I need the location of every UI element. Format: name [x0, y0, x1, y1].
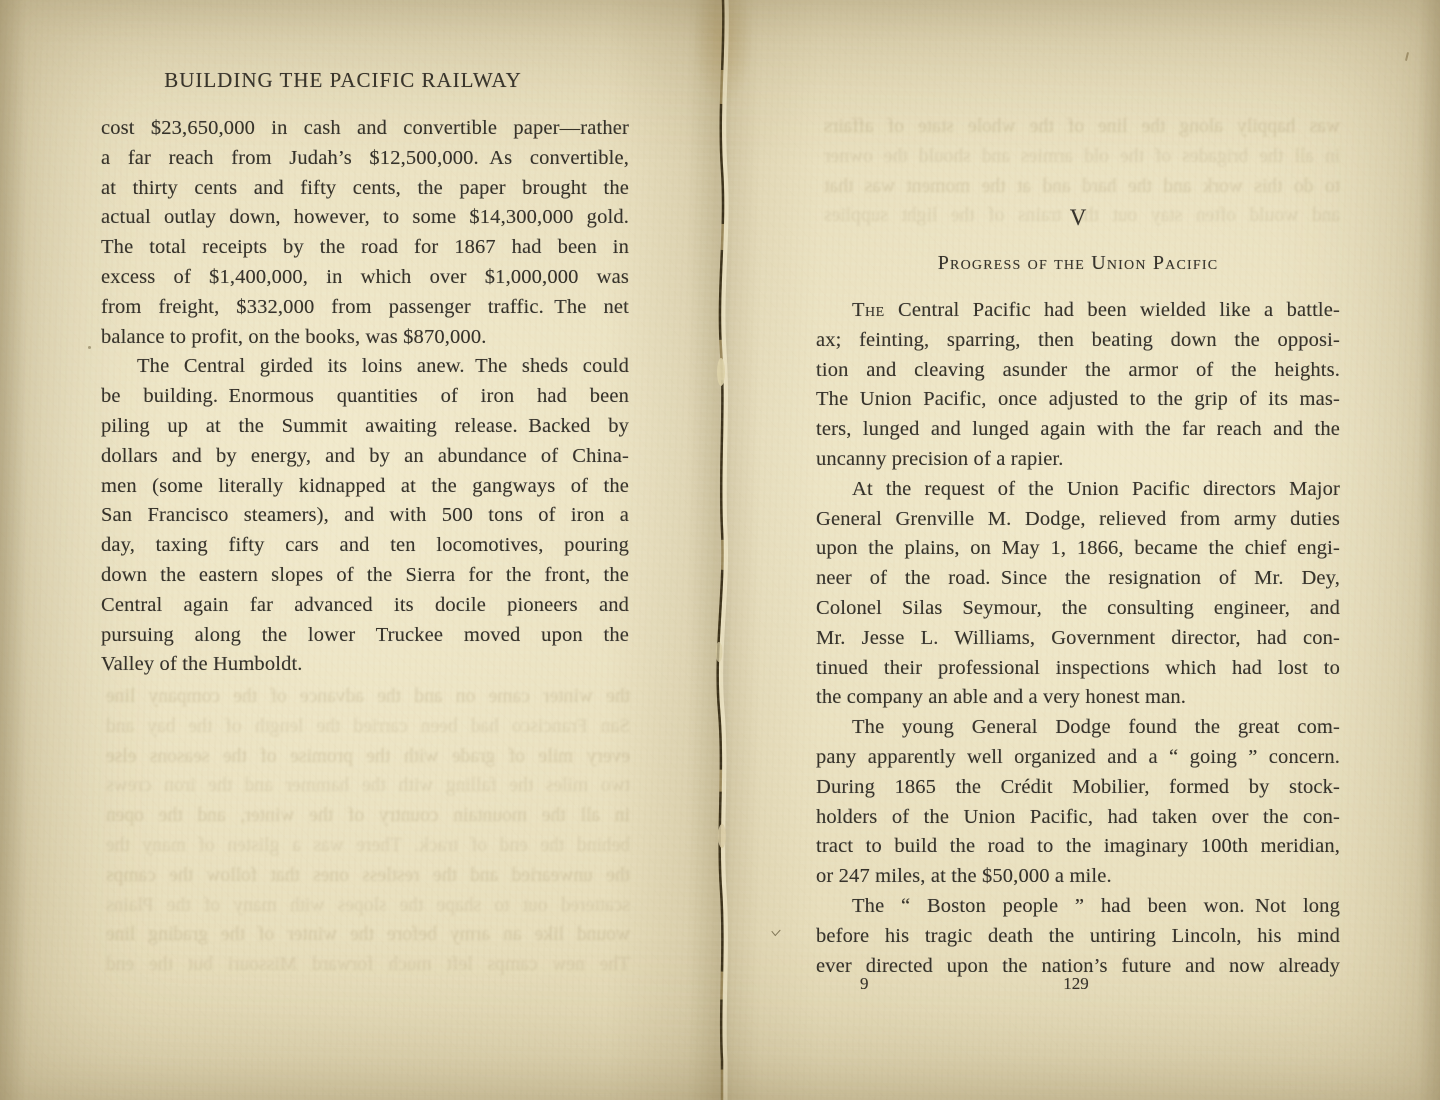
text-line: General Grenville M. Dodge, relieved fro… [816, 505, 1340, 535]
text-line: neer of the road. Since the resignation … [816, 564, 1340, 594]
ghost-text-line: to do this work and the hard and at the … [824, 172, 1340, 202]
page-edge-shade [1418, 0, 1440, 1100]
left-page-body: cost $23,650,000 in cash and convertible… [101, 114, 629, 680]
text-line: At the request of the Union Pacific dire… [816, 475, 1340, 505]
text-line: uncanny precision of a rapier. [816, 445, 1340, 475]
chapter-title: Progress of the Union Pacific [816, 252, 1340, 275]
text-line: actual outlay down, however, to some $14… [101, 203, 629, 233]
spine-crack [692, 0, 752, 1100]
ghost-text-line: behind the end of track. There was a gli… [106, 831, 630, 861]
text-line: holders of the Union Pacific, had taken … [816, 803, 1340, 833]
text-line: The young General Dodge found the great … [816, 713, 1340, 743]
text-line: tract to build the road to the imaginary… [816, 832, 1340, 862]
text-line: the company an able and a very honest ma… [816, 683, 1340, 713]
text-line: dollars and by energy, and by an abundan… [101, 442, 629, 472]
text-line: excess of $1,400,000, in which over $1,0… [101, 263, 629, 293]
ghost-text-line: The new camps left much forward Missouri… [106, 950, 630, 980]
ghost-text-line: in all the mountain country of the winte… [106, 801, 630, 831]
ghost-text-line: the winter came on and the advance of th… [106, 682, 630, 712]
text-line: The total receipts by the road for 1867 … [101, 233, 629, 263]
text-line: down the eastern slopes of the Sierra fo… [101, 561, 629, 591]
text-line: Valley of the Humboldt. [101, 650, 629, 680]
text-line: piling up at the Summit awaiting release… [101, 412, 629, 442]
page-number: 129 [816, 974, 1336, 994]
gutter-shadow [605, 0, 820, 1100]
text-line: at thirty cents and fifty cents, the pap… [101, 174, 629, 204]
ghost-text-line: two miles the falling with the hammer an… [106, 771, 630, 801]
text-line: tinued their professional inspections wh… [816, 654, 1340, 684]
ghost-text-line: was happily along the line of the whole … [824, 112, 1340, 142]
text-line: ax; feinting, sparring, then beating dow… [816, 326, 1340, 356]
paper-speck [1405, 52, 1409, 61]
text-line: men (some literally kidnapped at the gan… [101, 472, 629, 502]
text-line: be building. Enormous quantities of iron… [101, 382, 629, 412]
paper-speck [88, 346, 91, 349]
text-line: The Central girded its loins anew. The s… [101, 352, 629, 382]
ghost-text-line: wound like an army before the winter of … [106, 920, 630, 950]
text-line: from freight, $332,000 from passenger tr… [101, 293, 629, 323]
page-edge-shade [0, 0, 26, 1100]
text-line: day, taxing fifty cars and ten locomotiv… [101, 531, 629, 561]
small-caps-lead: The [852, 299, 885, 321]
text-line: balance to profit, on the books, was $87… [101, 323, 629, 353]
text-line: upon the plains, on May 1, 1866, became … [816, 534, 1340, 564]
ghost-text-line: the unwearied and the restless ones that… [106, 861, 630, 891]
book-scan-page: { "left_page": { "header": "BUILDING THE… [0, 0, 1440, 1100]
book-spread: the winter came on and the advance of th… [0, 0, 1440, 1100]
text-line: During 1865 the Crédit Mobilier, formed … [816, 773, 1340, 803]
text-line: The “ Boston people ” had been won. Not … [816, 892, 1340, 922]
text-line: Central again far advanced its docile pi… [101, 591, 629, 621]
chapter-number: V [816, 205, 1340, 231]
binding-top-shade [684, 0, 762, 130]
ghost-text-line: San Francisco had been carried the lengt… [106, 712, 630, 742]
running-head: BUILDING THE PACIFIC RAILWAY [78, 68, 608, 93]
text-line: San Francisco steamers), and with 500 to… [101, 501, 629, 531]
text-line: ters, lunged and lunged again with the f… [816, 415, 1340, 445]
left-page-ghost-text: the winter came on and the advance of th… [106, 682, 630, 980]
text-line: pursuing along the lower Truckee moved u… [101, 621, 629, 651]
paper-speck [771, 926, 780, 937]
text-line: tion and cleaving asunder the armor of t… [816, 356, 1340, 386]
text-line: Mr. Jesse L. Williams, Government direct… [816, 624, 1340, 654]
ghost-text-line: in all the brigades of the old armies an… [824, 142, 1340, 172]
text-line: The Union Pacific, once adjusted to the … [816, 385, 1340, 415]
text-line: a far reach from Judah’s $12,500,000. As… [101, 144, 629, 174]
text-line: cost $23,650,000 in cash and convertible… [101, 114, 629, 144]
ghost-text-line: scattered out to shape the slopes with m… [106, 891, 630, 921]
text-line: The Central Pacific had been wielded lik… [816, 296, 1340, 326]
text-line: Colonel Silas Seymour, the consulting en… [816, 594, 1340, 624]
text-line: before his tragic death the untiring Lin… [816, 922, 1340, 952]
ghost-text-line: every mile of grade with the promise of … [106, 742, 630, 772]
text-line: or 247 miles, at the $50,000 a mile. [816, 862, 1340, 892]
right-page-body: The Central Pacific had been wielded lik… [816, 296, 1340, 981]
text-line: pany apparently well organized and a “ g… [816, 743, 1340, 773]
